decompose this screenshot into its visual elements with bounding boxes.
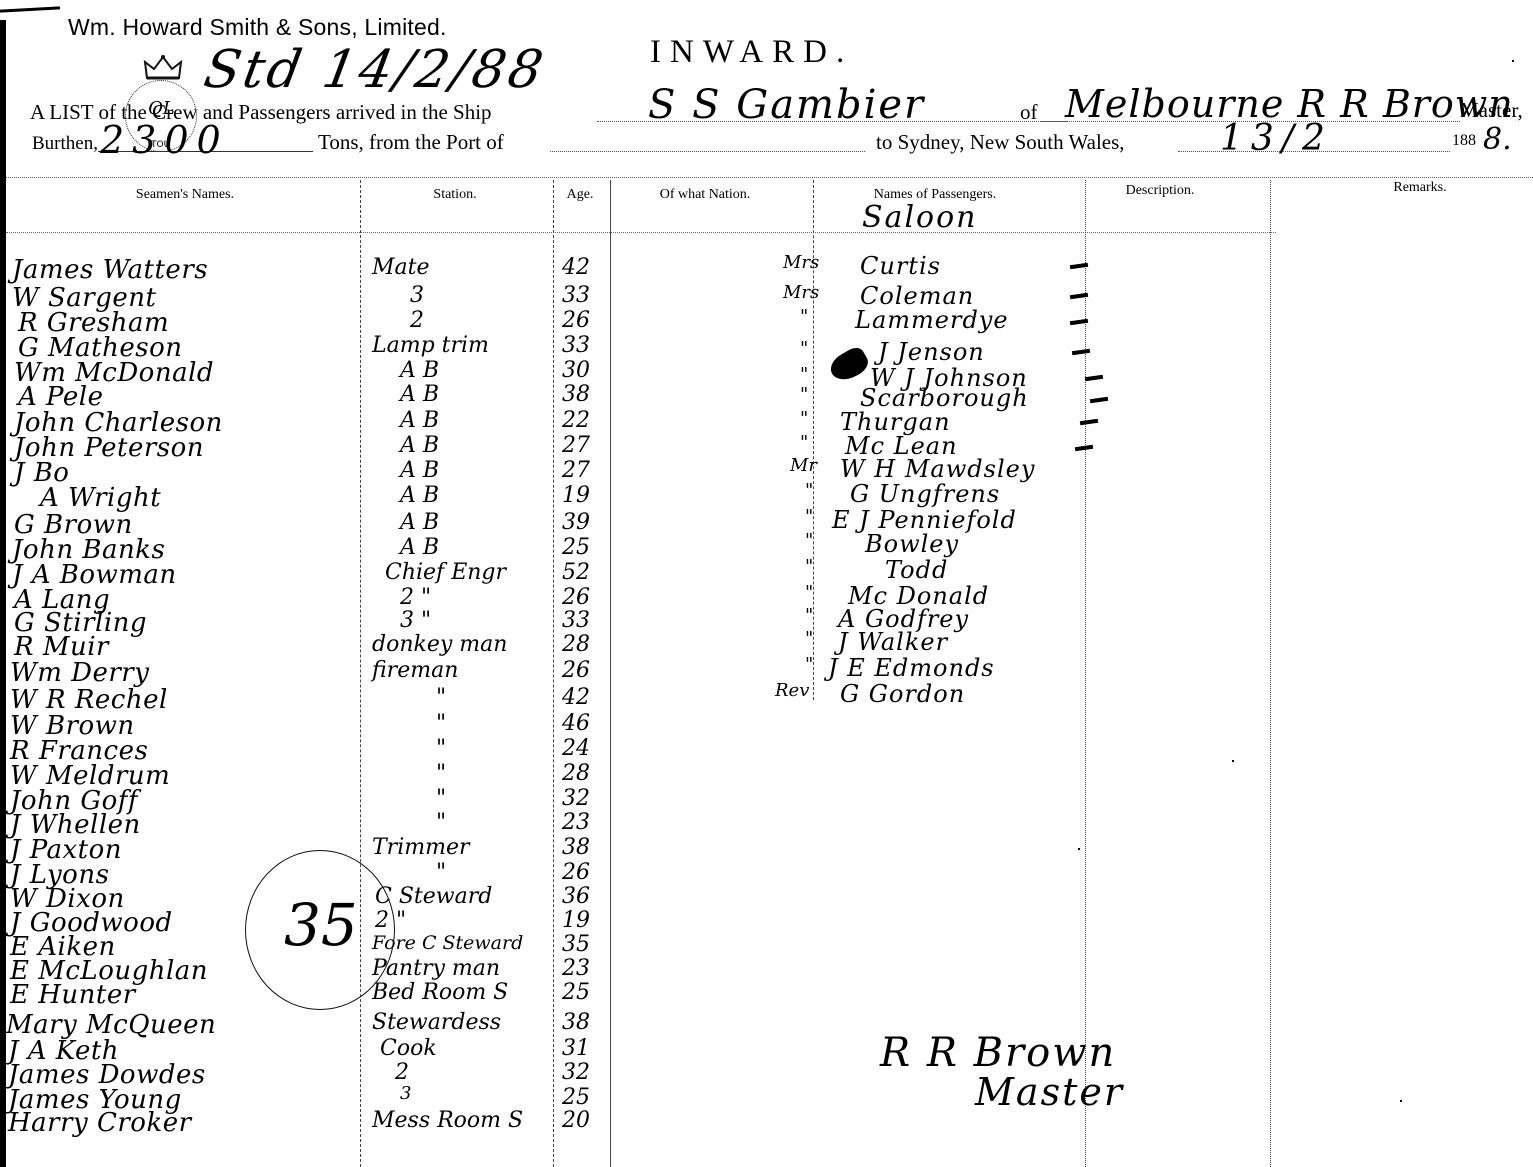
crew-station: " (436, 711, 446, 736)
crew-age: 19 (562, 908, 590, 933)
crew-age: 31 (562, 1036, 590, 1061)
passenger-tick-mark (1080, 419, 1098, 425)
year-suffix: 8. (1483, 122, 1512, 157)
crew-station: 3 " (400, 608, 431, 633)
passenger-tick-mark (1075, 445, 1093, 451)
passenger-name: Curtis (860, 252, 941, 280)
column-header-remarks: Remarks. (1360, 180, 1480, 196)
passenger-name: Todd (885, 556, 948, 584)
crew-station: " (436, 810, 446, 835)
passenger-name: G Gordon (840, 680, 965, 708)
crew-station: " (436, 761, 446, 786)
crew-name: Harry Croker (8, 1108, 192, 1138)
document-title: INWARD. (650, 34, 853, 71)
passenger-tick-mark (1085, 375, 1103, 381)
crown-icon (143, 54, 183, 82)
page-edge-shadow (0, 20, 6, 1167)
crew-age: 22 (562, 408, 590, 433)
passenger-ditto: " (805, 556, 813, 577)
column-header-seamen-names: Seamen's Names. (60, 187, 310, 203)
crew-name: E Hunter (10, 980, 136, 1010)
crew-station: Stewardess (372, 1010, 501, 1035)
passenger-title: Rev (775, 680, 809, 701)
crew-age: 33 (562, 608, 590, 633)
passenger-name: W H Mawdsley (840, 455, 1035, 483)
column-header-nation: Of what Nation. (615, 187, 795, 203)
passenger-ditto: " (800, 384, 808, 405)
crew-age: 25 (562, 1085, 590, 1110)
nation-column-rule (610, 180, 611, 1167)
crew-station: A B (400, 382, 439, 407)
passenger-ditto: " (800, 338, 808, 359)
year-prefix: 188 (1452, 132, 1476, 150)
crew-station: C Steward (375, 884, 492, 909)
crew-age: 32 (562, 1060, 590, 1085)
crew-count-circle: 35 (245, 850, 395, 1010)
tons-from-port-label: Tons, from the Port of (318, 130, 504, 155)
manifest-page: Wm. Howard Smith & Sons, Limited. INWARD… (0, 0, 1533, 1167)
crew-age: 30 (562, 358, 590, 383)
scan-speck (1078, 848, 1080, 850)
crew-age: 27 (562, 433, 590, 458)
crew-age: 26 (562, 658, 590, 683)
passenger-ditto: " (805, 582, 813, 603)
crew-age: 26 (562, 585, 590, 610)
passenger-ditto: " (800, 364, 808, 385)
crew-age: 33 (562, 333, 590, 358)
crew-name: A Wright (40, 483, 161, 513)
passenger-name: Bowley (865, 530, 959, 558)
column-header-description: Description. (1095, 183, 1225, 199)
passenger-name: J E Edmonds (828, 654, 995, 682)
passenger-ditto: " (805, 628, 813, 649)
crew-age: 27 (562, 458, 590, 483)
crew-station: Pantry man (372, 956, 500, 981)
crew-age: 26 (562, 860, 590, 885)
passenger-ditto: " (800, 306, 808, 327)
crew-station: Cook (380, 1036, 437, 1061)
burthen-label: Burthen, (32, 133, 98, 155)
crew-station: Mess Room S (372, 1108, 523, 1133)
passenger-ditto: " (800, 432, 808, 453)
crew-age: 42 (562, 255, 590, 280)
crew-age: 52 (562, 560, 590, 585)
crew-age: 35 (562, 932, 590, 957)
master-label: Master, (1460, 98, 1523, 123)
crew-age: 25 (562, 980, 590, 1005)
crew-station: fireman (372, 658, 458, 683)
crew-station: 3 (410, 283, 424, 308)
crew-age: 23 (562, 956, 590, 981)
crew-station: A B (400, 510, 439, 535)
scan-speck (1400, 1100, 1402, 1102)
crew-age: 23 (562, 810, 590, 835)
of-label: of (1020, 100, 1038, 125)
passenger-title: Mrs (783, 252, 819, 273)
passenger-name: J Walker (838, 628, 948, 656)
crew-age: 19 (562, 483, 590, 508)
crew-count: 35 (284, 891, 358, 959)
passenger-tick-mark (1072, 349, 1090, 355)
passenger-ditto: " (800, 408, 808, 429)
crew-station: " (436, 736, 446, 761)
crew-name: James Watters (12, 255, 208, 285)
description-column-rule (1085, 180, 1086, 1167)
age-column-rule (553, 180, 554, 1167)
passenger-ditto: " (805, 480, 813, 501)
crew-station: A B (400, 535, 439, 560)
column-header-station: Station. (400, 187, 510, 203)
passenger-ditto: " (805, 506, 813, 527)
crew-age: 20 (562, 1108, 590, 1133)
crew-age: 24 (562, 736, 590, 761)
crew-station: Mate (372, 255, 430, 280)
station-column-rule (360, 180, 361, 1167)
crew-age: 28 (562, 761, 590, 786)
passenger-name: Lammerdye (855, 306, 1009, 334)
crew-station: 3 (400, 1083, 411, 1104)
crew-age: 38 (562, 382, 590, 407)
arrival-date-field: 13/2 (1220, 118, 1333, 159)
burthen-line: Burthen, (32, 130, 98, 155)
ship-name-field: S S Gambier (648, 82, 925, 128)
destination-label: to Sydney, New South Wales, (876, 130, 1125, 155)
crew-age: 36 (562, 884, 590, 909)
crew-age: 46 (562, 711, 590, 736)
departure-port-dotted-line (550, 151, 865, 152)
table-top-rule (6, 177, 1533, 178)
crew-station: " (436, 685, 446, 710)
crew-station: Trimmer (372, 835, 470, 860)
passenger-name: J Jenson (878, 338, 985, 366)
crew-station: A B (400, 408, 439, 433)
crew-station: Chief Engr (385, 560, 506, 585)
received-note: Std 14/2/88 (200, 40, 550, 100)
crew-station: 2 " (400, 585, 431, 610)
signature-title: Master (975, 1070, 1124, 1114)
passenger-tick-mark (1090, 397, 1108, 403)
tonnage-field: 2300 (100, 118, 229, 162)
crew-station: A B (400, 358, 439, 383)
passenger-ditto: " (805, 654, 813, 675)
passenger-class-label: Saloon (862, 200, 977, 235)
page-corner-shadow (0, 6, 60, 12)
passenger-title: Mrs (783, 282, 819, 303)
crew-age: 26 (562, 308, 590, 333)
passenger-ditto: " (805, 530, 813, 551)
crew-station: " (436, 860, 446, 885)
crew-station: Lamp trim (372, 333, 489, 358)
crew-station: Bed Room S (372, 980, 508, 1005)
crew-age: 38 (562, 1010, 590, 1035)
crew-age: 39 (562, 510, 590, 535)
column-header-age: Age. (555, 187, 605, 203)
company-name: Wm. Howard Smith & Sons, Limited. (68, 14, 447, 41)
crew-name: Wm Derry (10, 658, 149, 688)
crew-station: A B (400, 483, 439, 508)
crew-age: 28 (562, 632, 590, 657)
remarks-column-rule (1270, 180, 1271, 1167)
crew-station: A B (400, 458, 439, 483)
crew-station: 2 (410, 308, 424, 333)
crew-station: A B (400, 433, 439, 458)
passenger-ditto: " (805, 605, 813, 626)
crew-station: " (436, 786, 446, 811)
scan-speck (1512, 60, 1514, 62)
scan-speck (1232, 760, 1234, 762)
crew-age: 42 (562, 685, 590, 710)
crew-age: 38 (562, 835, 590, 860)
crew-age: 33 (562, 283, 590, 308)
passenger-name: G Ungfrens (850, 480, 1000, 508)
crew-station: donkey man (372, 632, 507, 657)
crew-station: 2 (395, 1060, 409, 1085)
ink-blot (826, 344, 872, 386)
crew-age: 32 (562, 786, 590, 811)
crew-age: 25 (562, 535, 590, 560)
passenger-title: Mr (790, 455, 817, 476)
